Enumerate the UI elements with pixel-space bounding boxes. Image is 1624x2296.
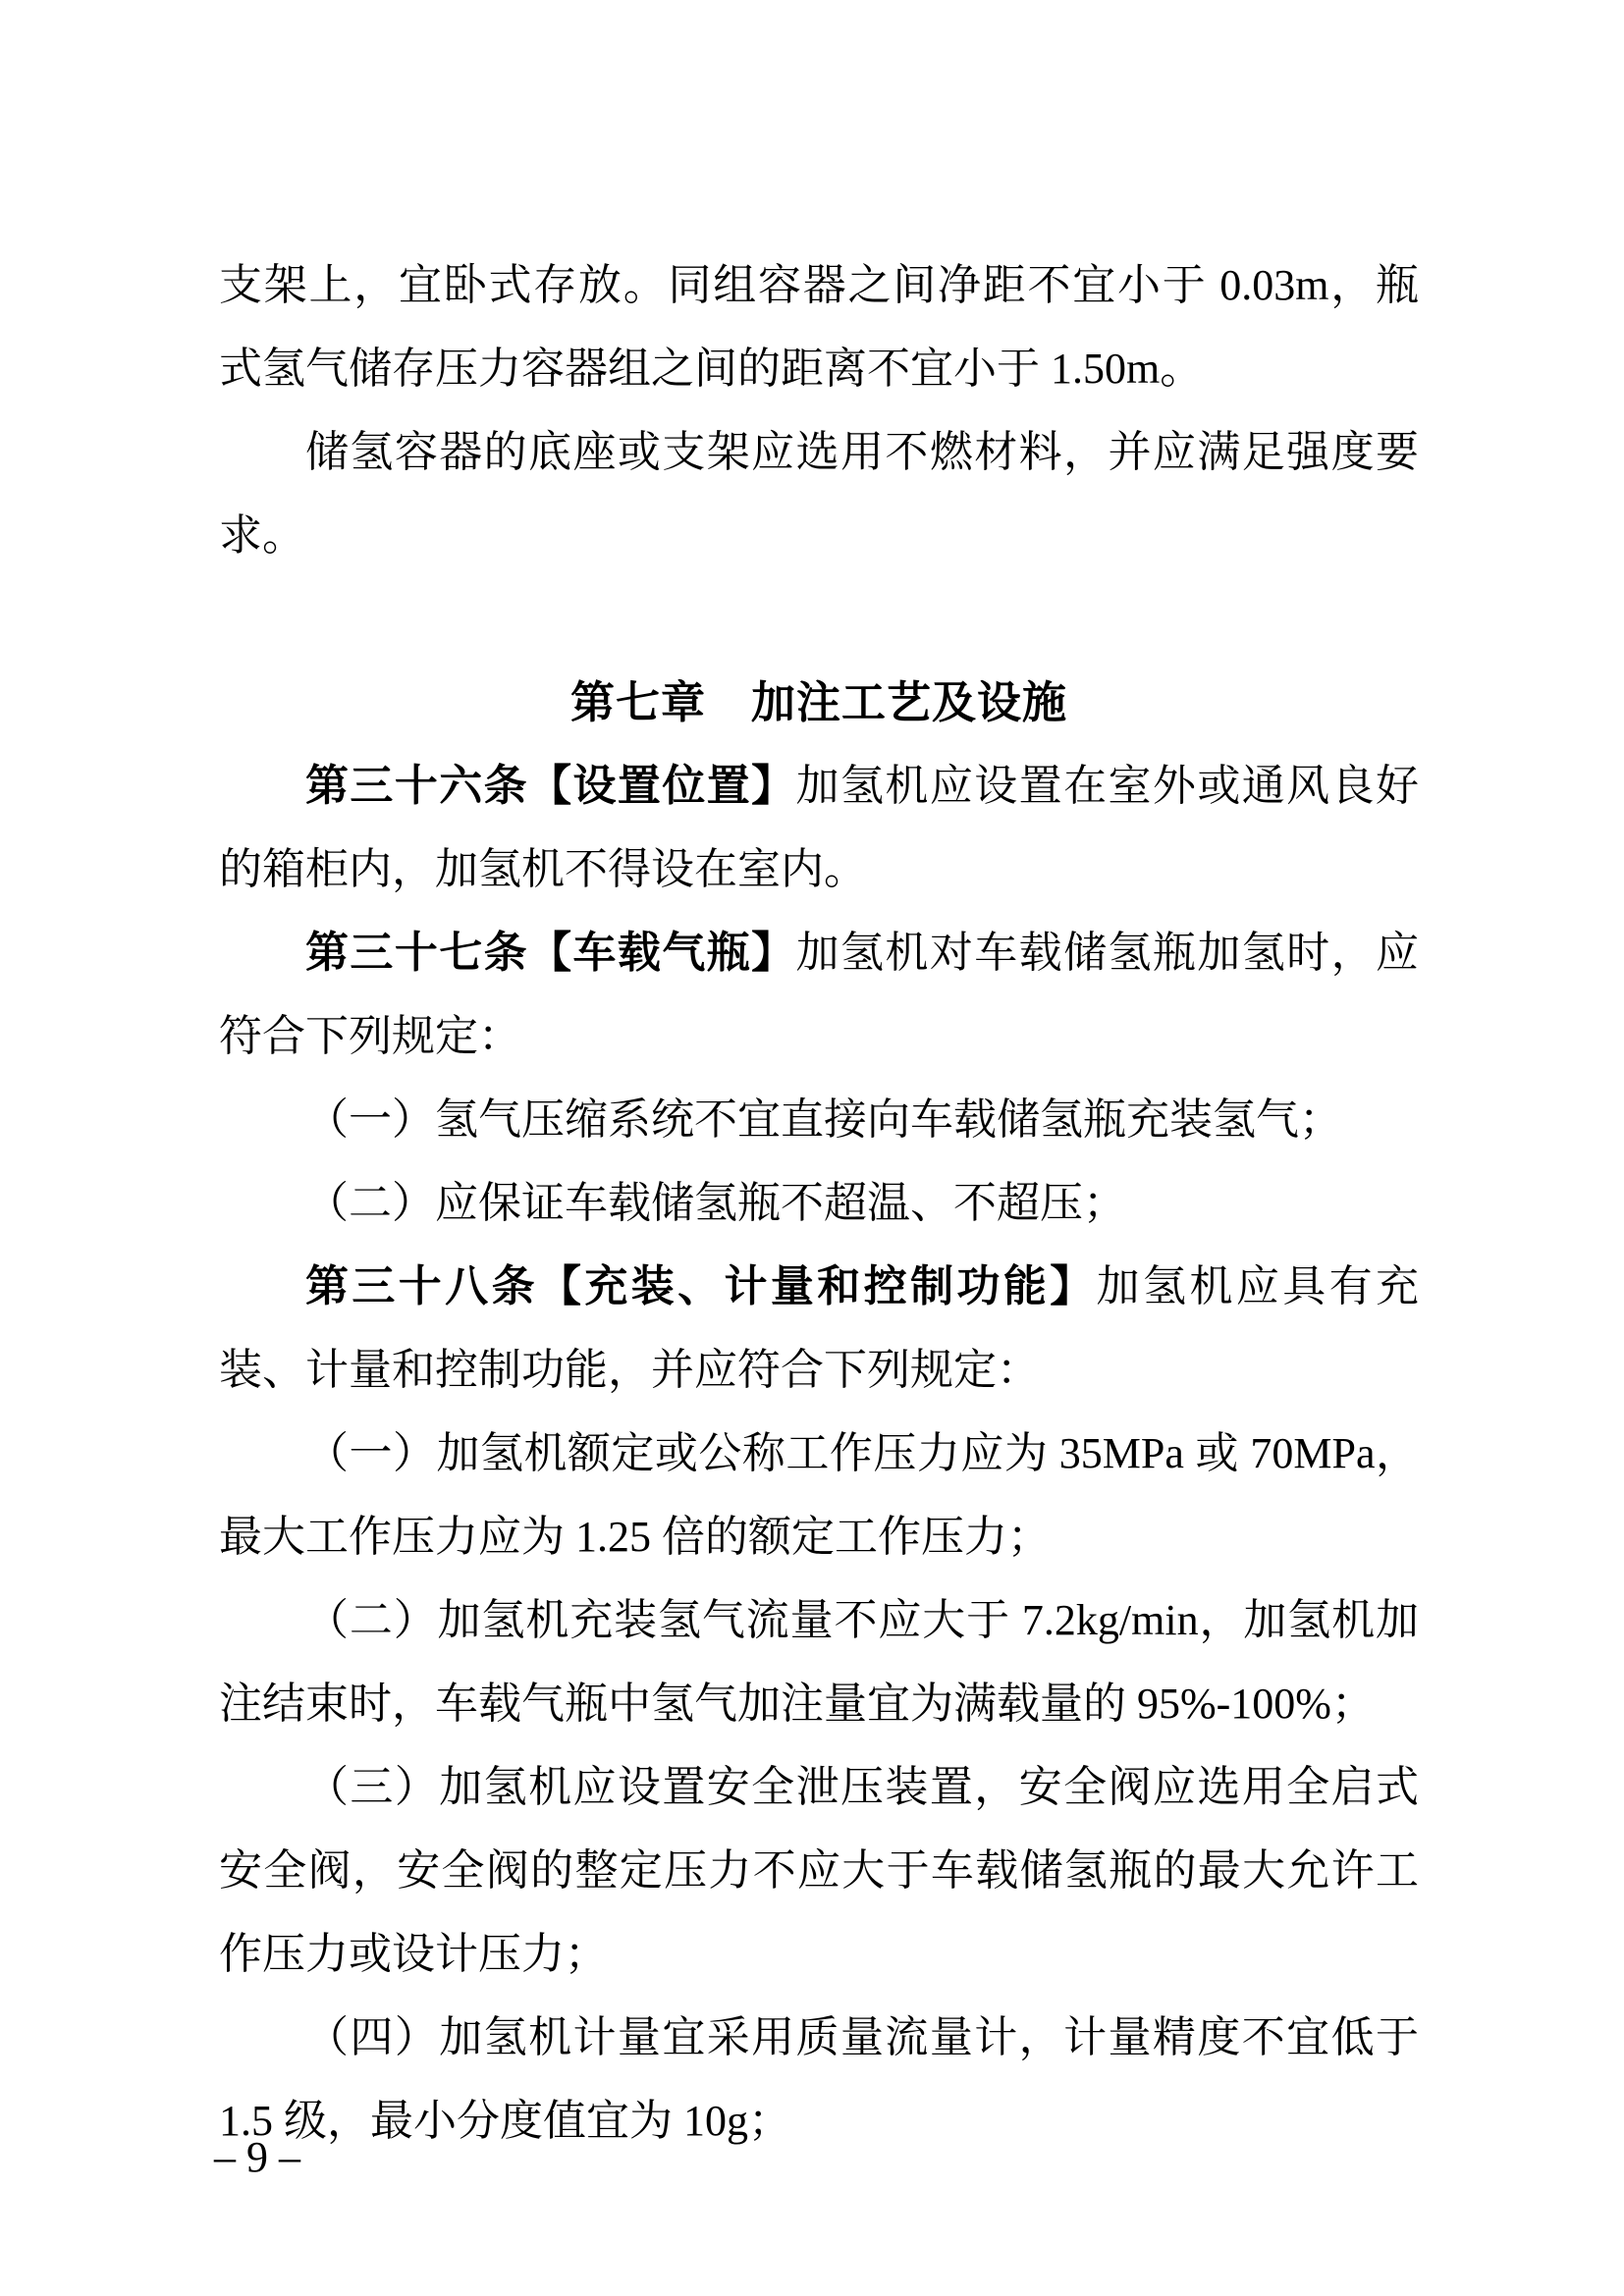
article-38-item-4: （四）加氢机计量宜采用质量流量计，计量精度不宜低于 1.5 级，最小分度值宜为 … [219,1996,1419,2163]
article-38-item-2: （二）加氢机充装氢气流量不应大于 7.2kg/min，加氢机加注结束时，车载气瓶… [219,1578,1419,1745]
chapter-heading: 第七章 加注工艺及设施 [219,661,1419,744]
article-37-label: 第三十七条【车载气瓶】 [305,929,796,977]
article-38-item-1: （一）加氢机额定或公称工作压力应为 35MPa 或 70MPa，最大工作压力应为… [219,1412,1419,1578]
article-37-item-1: （一）氢气压缩系统不宜直接向车载储氢瓶充装氢气； [219,1078,1419,1161]
page-number: – 9 – [214,2115,300,2199]
article-37-paragraph: 第三十七条【车载气瓶】加氢机对车载储氢瓶加氢时，应符合下列规定： [219,911,1419,1078]
document-page: 支架上，宜卧式存放。同组容器之间净距不宜小于 0.03m，瓶式氢气储存压力容器组… [0,0,1624,2296]
article-38-label: 第三十八条【充装、计量和控制功能】 [305,1262,1097,1310]
article-38-item-3: （三）加氢机应设置安全泄压装置，安全阀应选用全启式安全阀，安全阀的整定压力不应大… [219,1745,1419,1996]
paragraph-carryover-1: 支架上，宜卧式存放。同组容器之间净距不宜小于 0.03m，瓶式氢气储存压力容器组… [219,243,1419,410]
article-37-item-2: （二）应保证车载储氢瓶不超温、不超压； [219,1161,1419,1245]
article-36-label: 第三十六条【设置位置】 [305,762,796,810]
article-36-paragraph: 第三十六条【设置位置】加氢机应设置在室外或通风良好的箱柜内，加氢机不得设在室内。 [219,744,1419,911]
document-body: 支架上，宜卧式存放。同组容器之间净距不宜小于 0.03m，瓶式氢气储存压力容器组… [219,243,1419,2163]
paragraph-carryover-2: 储氢容器的底座或支架应选用不燃材料，并应满足强度要求。 [219,410,1419,577]
article-38-paragraph: 第三十八条【充装、计量和控制功能】加氢机应具有充装、计量和控制功能，并应符合下列… [219,1245,1419,1412]
